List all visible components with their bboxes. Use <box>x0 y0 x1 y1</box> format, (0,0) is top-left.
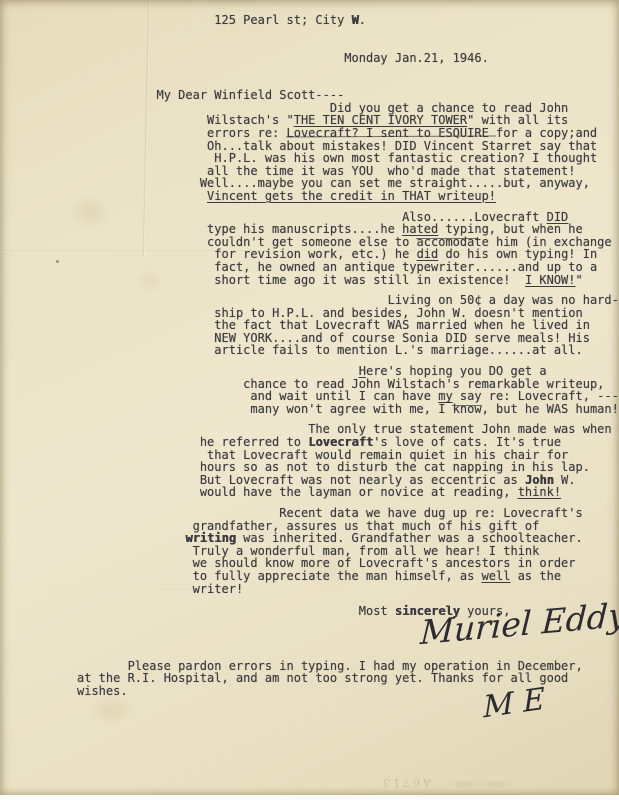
paragraph-4: Here's hoping you DO get achance to read… <box>77 365 617 415</box>
letter-text: Vincent gets the credit in THAT writeup! <box>207 189 496 203</box>
letter-text: wishes. <box>77 684 128 698</box>
letter-line: Monday Jan.21, 1946. <box>77 52 617 65</box>
letter-line: many won't agree with me, I know, but he… <box>77 403 617 416</box>
letter-line: short time ago it was still in existence… <box>77 274 617 287</box>
letter-text: as the <box>510 569 561 583</box>
letter-text: Most <box>359 604 395 618</box>
paragraph-6: Recent data we have dug up re: Lovecraft… <box>77 507 617 595</box>
letter-text: Monday Jan.21, 1946. <box>344 51 489 65</box>
letter-line: writer! <box>77 583 617 596</box>
letter-line: article fails to mention L.'s marriage..… <box>77 344 617 357</box>
typed-underline-artifact <box>416 238 478 239</box>
letter-text: at the R.I. Hospital, and am not too str… <box>77 671 568 685</box>
letter-text: well <box>482 569 511 583</box>
letter-line: 125 Pearl st; City W. <box>77 14 617 27</box>
scan-edge-strip <box>0 795 619 800</box>
letter-line: Vincent gets the credit in THAT writeup! <box>77 190 617 203</box>
letter-text: " <box>576 273 583 287</box>
date: Monday Jan.21, 1946. <box>77 52 617 65</box>
ink-speck <box>56 260 59 263</box>
letter-text: My Dear Winfield Scott---- <box>156 88 344 102</box>
typed-underline-artifact <box>452 405 482 406</box>
letter-text: . <box>359 13 366 27</box>
letter-text: article fails to mention L.'s marriage..… <box>214 343 582 357</box>
letter-text: think! <box>518 485 561 499</box>
paragraph-2: Also......Lovecraft DIDtype his manuscri… <box>77 211 617 287</box>
paragraph-3: Living on 50¢ a day was no hard-ship to … <box>77 294 617 357</box>
letter-text: would have the layman or novice at readi… <box>200 485 518 499</box>
letter-line: to fully appreciate the man himself, as … <box>77 570 617 583</box>
letter-text: many won't agree with me, I know, but he… <box>250 402 618 416</box>
letter-line: would have the layman or novice at readi… <box>77 486 617 499</box>
paragraph-1: Did you get a chance to read JohnWilstac… <box>77 102 617 203</box>
letter-text: writer! <box>193 582 244 596</box>
pencil-archival-note: A6713 <box>380 776 431 789</box>
letter-text: I KNOW! <box>525 273 576 287</box>
letter-text: W <box>352 13 359 27</box>
address: 125 Pearl st; City W. <box>77 14 617 27</box>
pencil-smudge <box>445 781 515 787</box>
handwritten-initials: M E <box>483 682 546 726</box>
letter-text: short time ago it was still in existence… <box>214 273 525 287</box>
scanned-letter-page: 125 Pearl st; City W.Monday Jan.21, 1946… <box>0 0 619 800</box>
letter-text: 125 Pearl st; City <box>214 13 351 27</box>
paragraph-5: The only true statement John made was wh… <box>77 423 617 499</box>
paper-sheet: 125 Pearl st; City W.Monday Jan.21, 1946… <box>0 0 619 795</box>
